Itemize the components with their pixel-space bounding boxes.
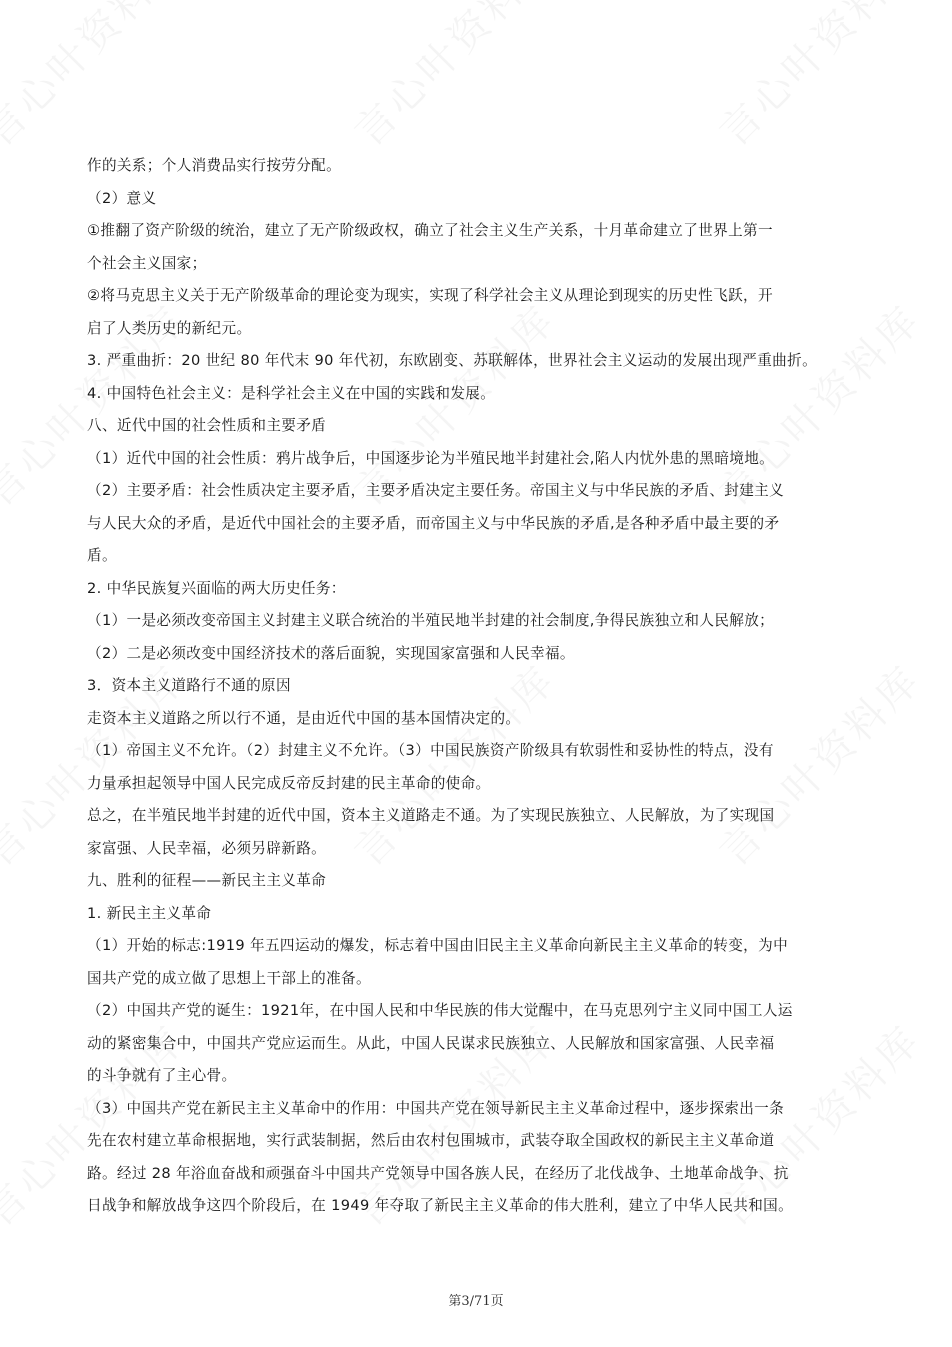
text-line: （2）二是必须改变中国经济技术的落后面貌，实现国家富强和人民幸福。 xyxy=(87,638,867,671)
watermark-text: 言心叶资料库 xyxy=(705,0,932,157)
text-line: 3. 严重曲折：20 世纪 80 年代末 90 年代初，东欧剧变、苏联解体，世界… xyxy=(87,345,867,378)
watermark-text: 言心叶资料库 xyxy=(0,0,197,157)
text-line: 启了人类历史的新纪元。 xyxy=(87,313,867,346)
text-line: 力量承担起领导中国人民完成反帝反封建的民主革命的使命。 xyxy=(87,768,867,801)
text-line: （1）帝国主义不允许。（2）封建主义不允许。（3）中国民族资产阶级具有软弱性和妥… xyxy=(87,735,867,768)
text-line: 走资本主义道路之所以行不通，是由近代中国的基本国情决定的。 xyxy=(87,703,867,736)
text-line: ②将马克思主义关于无产阶级革命的理论变为现实，实现了科学社会主义从理论到现实的历… xyxy=(87,280,867,313)
text-line: 动的紧密集合中，中国共产党应运而生。从此，中国人民谋求民族独立、人民解放和国家富… xyxy=(87,1028,867,1061)
text-line: 作的关系；个人消费品实行按劳分配。 xyxy=(87,150,867,183)
text-line: 路。经过 28 年浴血奋战和顽强奋斗中国共产党领导中国各族人民，在经历了北伐战争… xyxy=(87,1158,867,1191)
text-line: 日战争和解放战争这四个阶段后，在 1949 年夺取了新民主主义革命的伟大胜利，建… xyxy=(87,1190,867,1223)
text-line: （2）中国共产党的诞生：1921年，在中国人民和中华民族的伟大觉醒中，在马克思列… xyxy=(87,995,867,1028)
subsection-heading: 1. 新民主主义革命 xyxy=(87,898,867,931)
text-line: （1）近代中国的社会性质：鸦片战争后，中国逐步论为半殖民地半封建社会,陷人内忧外… xyxy=(87,443,867,476)
text-line: （3）中国共产党在新民主主义革命中的作用：中国共产党在领导新民主主义革命过程中，… xyxy=(87,1093,867,1126)
text-line: 先在农村建立革命根据地，实行武装制据，然后由农村包围城市，武装夺取全国政权的新民… xyxy=(87,1125,867,1158)
section-heading: 九、胜利的征程——新民主主义革命 xyxy=(87,865,867,898)
subsection-heading: （2）意义 xyxy=(87,183,867,216)
watermark-text: 言心叶资料库 xyxy=(340,0,567,157)
text-line: 总之，在半殖民地半封建的近代中国，资本主义道路走不通。为了实现民族独立、人民解放… xyxy=(87,800,867,833)
text-line: ①推翻了资产阶级的统治，建立了无产阶级政权，确立了社会主义生产关系，十月革命建立… xyxy=(87,215,867,248)
text-line: 国共产党的成立做了思想上干部上的准备。 xyxy=(87,963,867,996)
text-line: 盾。 xyxy=(87,540,867,573)
page-number: 第3/71页 xyxy=(0,1290,952,1309)
text-line: 的斗争就有了主心骨。 xyxy=(87,1060,867,1093)
document-body: 作的关系；个人消费品实行按劳分配。 （2）意义 ①推翻了资产阶级的统治，建立了无… xyxy=(87,150,867,1223)
text-line: 与人民大众的矛盾，是近代中国社会的主要矛盾，而帝国主义与中华民族的矛盾,是各种矛… xyxy=(87,508,867,541)
section-heading: 八、近代中国的社会性质和主要矛盾 xyxy=(87,410,867,443)
text-line: （1）开始的标志:1919 年五四运动的爆发，标志着中国由旧民主主义革命向新民主… xyxy=(87,930,867,963)
subsection-heading: 2. 中华民族复兴面临的两大历史任务： xyxy=(87,573,867,606)
text-line: 个社会主义国家； xyxy=(87,248,867,281)
text-line: （2）主要矛盾：社会性质决定主要矛盾，主要矛盾决定主要任务。帝国主义与中华民族的… xyxy=(87,475,867,508)
text-line: （1）一是必须改变帝国主义封建主义联合统治的半殖民地半封建的社会制度,争得民族独… xyxy=(87,605,867,638)
subsection-heading: 3．资本主义道路行不通的原因 xyxy=(87,670,867,703)
text-line: 4. 中国特色社会主义：是科学社会主义在中国的实践和发展。 xyxy=(87,378,867,411)
text-line: 家富强、人民幸福，必须另辟新路。 xyxy=(87,833,867,866)
